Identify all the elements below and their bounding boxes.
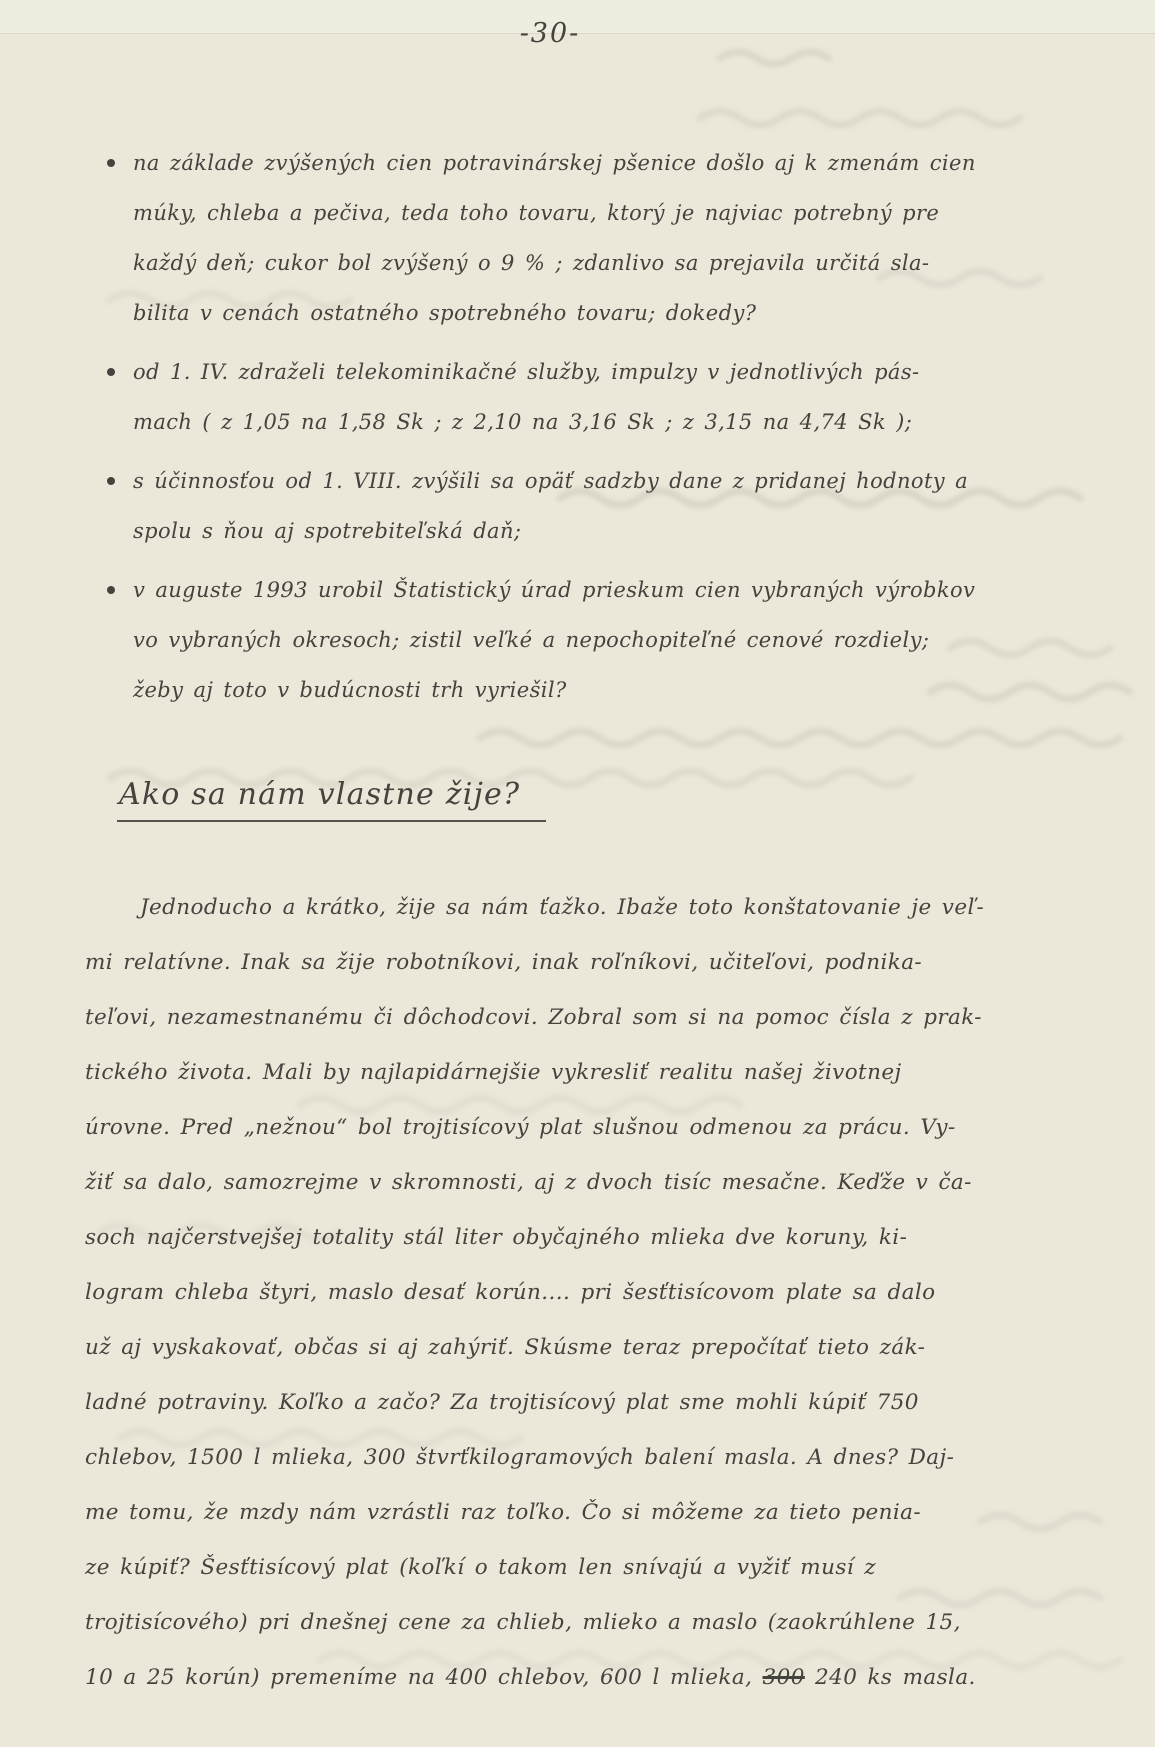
handwritten-line: od 1. IV. zdraželi telekominikačné služb… — [133, 347, 1070, 397]
handwritten-line: mach ( z 1,05 na 1,58 Sk ; z 2,10 na 3,1… — [133, 397, 1070, 447]
bullet-dot — [107, 368, 115, 376]
handwritten-line: ladné potraviny. Koľko a začo? Za trojti… — [85, 1375, 1070, 1430]
page-number: -30- — [0, 18, 1100, 49]
handwritten-line: vo vybraných okresoch; zistil veľké a ne… — [133, 615, 1070, 665]
handwritten-line: trojtisícového) pri dnešnej cene za chli… — [85, 1595, 1070, 1650]
bullet-item-vat-increase: s účinnosťou od 1. VIII. zvýšili sa opäť… — [85, 456, 1070, 556]
bullet-list: na základe zvýšených cien potravinárskej… — [85, 138, 1070, 715]
handwritten-line: žiť sa dalo, samozrejme v skromnosti, aj… — [85, 1155, 1070, 1210]
bullet-item-price-survey: v auguste 1993 urobil Štatistický úrad p… — [85, 565, 1070, 715]
handwritten-line: teľovi, nezamestnanému či dôchodcovi. Zo… — [85, 990, 1070, 1045]
handwritten-line: soch najčerstvejšej totality stál liter … — [85, 1210, 1070, 1265]
page-content: na základe zvýšených cien potravinárskej… — [85, 138, 1070, 1705]
handwritten-line: spolu s ňou aj spotrebiteľská daň; — [133, 506, 1070, 556]
handwritten-line: chlebov, 1500 l mlieka, 300 štvrťkilogra… — [85, 1430, 1070, 1485]
body-paragraph: Jednoducho a krátko, žije sa nám ťažko. … — [85, 880, 1070, 1705]
handwritten-line: žeby aj toto v budúcnosti trh vyriešil? — [133, 665, 1070, 715]
section-heading-wrap: Ako sa nám vlastne žije? — [117, 777, 1070, 822]
bullet-text: v auguste 1993 urobil Štatistický úrad p… — [133, 565, 1070, 715]
handwritten-line: bilita v cenách ostatného spotrebného to… — [133, 288, 1070, 338]
handwritten-line: ze kúpiť? Šesťtisícový plat (koľkí o tak… — [85, 1540, 1070, 1595]
handwritten-document-page: -30- na základe zvýšených cien potraviná… — [0, 0, 1155, 1747]
bullet-item-price-changes: na základe zvýšených cien potravinárskej… — [85, 138, 1070, 338]
bullet-text: s účinnosťou od 1. VIII. zvýšili sa opäť… — [133, 456, 1070, 556]
line-text-before-correction: 10 a 25 korún) premeníme na 400 chlebov,… — [85, 1665, 763, 1690]
handwritten-line-with-correction: 10 a 25 korún) premeníme na 400 chlebov,… — [85, 1650, 1070, 1705]
bullet-item-telecom-prices: od 1. IV. zdraželi telekominikačné služb… — [85, 347, 1070, 447]
crossed-out-number: 300 — [763, 1665, 805, 1690]
section-heading: Ako sa nám vlastne žije? — [117, 777, 546, 822]
bullet-dot — [107, 159, 115, 167]
handwritten-line: múky, chleba a pečiva, teda toho tovaru,… — [133, 188, 1070, 238]
bullet-text: od 1. IV. zdraželi telekominikačné služb… — [133, 347, 1070, 447]
handwritten-line: mi relatívne. Inak sa žije robotníkovi, … — [85, 935, 1070, 990]
handwritten-line: me tomu, že mzdy nám vzrástli raz toľko.… — [85, 1485, 1070, 1540]
handwritten-line: každý deň; cukor bol zvýšený o 9 % ; zda… — [133, 238, 1070, 288]
handwritten-line: už aj vyskakovať, občas si aj zahýriť. S… — [85, 1320, 1070, 1375]
handwritten-line: Jednoducho a krátko, žije sa nám ťažko. … — [85, 880, 1070, 935]
handwritten-line: logram chleba štyri, maslo desať korún..… — [85, 1265, 1070, 1320]
bullet-text: na základe zvýšených cien potravinárskej… — [133, 138, 1070, 338]
handwritten-line: s účinnosťou od 1. VIII. zvýšili sa opäť… — [133, 456, 1070, 506]
handwritten-line: tického života. Mali by najlapidárnejšie… — [85, 1045, 1070, 1100]
handwritten-line: úrovne. Pred „nežnou“ bol trojtisícový p… — [85, 1100, 1070, 1155]
handwritten-line: v auguste 1993 urobil Štatistický úrad p… — [133, 565, 1070, 615]
bullet-dot — [107, 477, 115, 485]
line-text-after-correction: 240 ks masla. — [805, 1665, 976, 1690]
handwritten-line: na základe zvýšených cien potravinárskej… — [133, 138, 1070, 188]
bullet-dot — [107, 586, 115, 594]
